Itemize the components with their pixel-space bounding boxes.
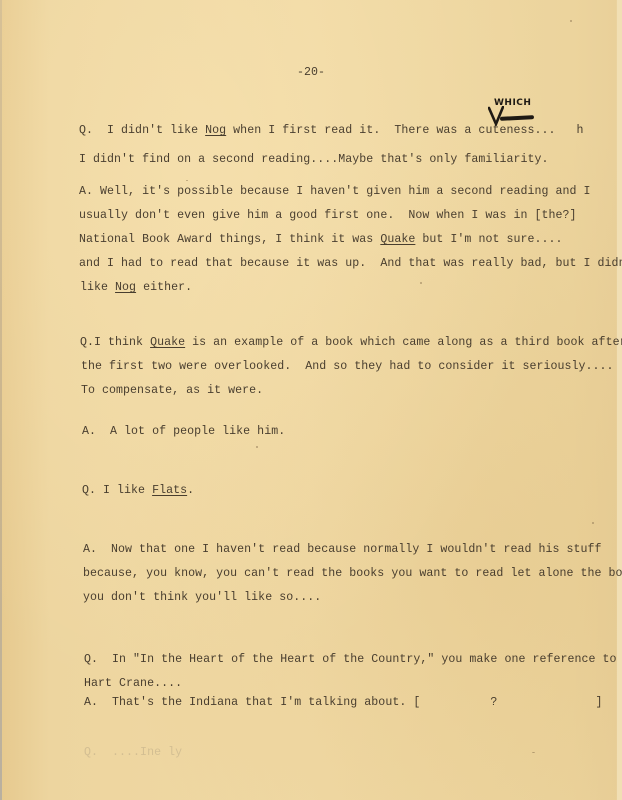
transcript-line: the first two were overlooked. And so th…: [81, 360, 614, 374]
book-title: Quake: [150, 336, 185, 349]
paper-speck: [532, 752, 535, 753]
transcript-line: you don't think you'll like so....: [83, 591, 321, 605]
document-page: -20- WHICH Q. I didn't like Nog when I f…: [0, 0, 622, 800]
faint-bleedthrough-text: Q. ....Ine ly: [84, 746, 182, 760]
transcript-line: A. Now that one I haven't read because n…: [83, 543, 602, 557]
transcript-line: To compensate, as it were.: [81, 384, 263, 398]
paper-speck: [186, 180, 188, 181]
transcript-line: A. A lot of people like him.: [82, 425, 285, 439]
transcript-line: usually don't even give him a good first…: [79, 209, 577, 223]
transcript-line: and I had to read that because it was up…: [79, 257, 622, 271]
transcript-line: I didn't find on a second reading....May…: [79, 153, 549, 167]
transcript-line: like Nog either.: [80, 281, 192, 295]
paper-speck: [256, 446, 258, 448]
transcript-line: A. Well, it's possible because I haven't…: [79, 185, 591, 199]
book-title: Nog: [205, 124, 226, 137]
book-title: Nog: [115, 281, 136, 294]
book-title: Flats: [152, 484, 187, 497]
page-left-edge: [0, 0, 2, 800]
transcript-line: Q. I didn't like Nog when I first read i…: [79, 124, 584, 138]
paper-speck: [592, 522, 594, 524]
strikethrough-mark: [500, 115, 534, 121]
transcript-line: Q.I think Quake is an example of a book …: [80, 336, 622, 350]
transcript-line: Hart Crane....: [84, 677, 182, 691]
book-title: Quake: [380, 233, 415, 246]
transcript-line: National Book Award things, I think it w…: [79, 233, 563, 247]
transcript-line: A. That's the Indiana that I'm talking a…: [84, 696, 603, 710]
page-number: -20-: [0, 66, 622, 80]
transcript-line: Q. I like Flats.: [82, 484, 194, 498]
transcript-line: because, you know, you can't read the bo…: [83, 567, 622, 581]
page-right-edge: [617, 0, 622, 800]
transcript-line: Q. In "In the Heart of the Heart of the …: [84, 653, 617, 667]
paper-speck: [420, 282, 422, 284]
paper-speck: [570, 20, 572, 22]
